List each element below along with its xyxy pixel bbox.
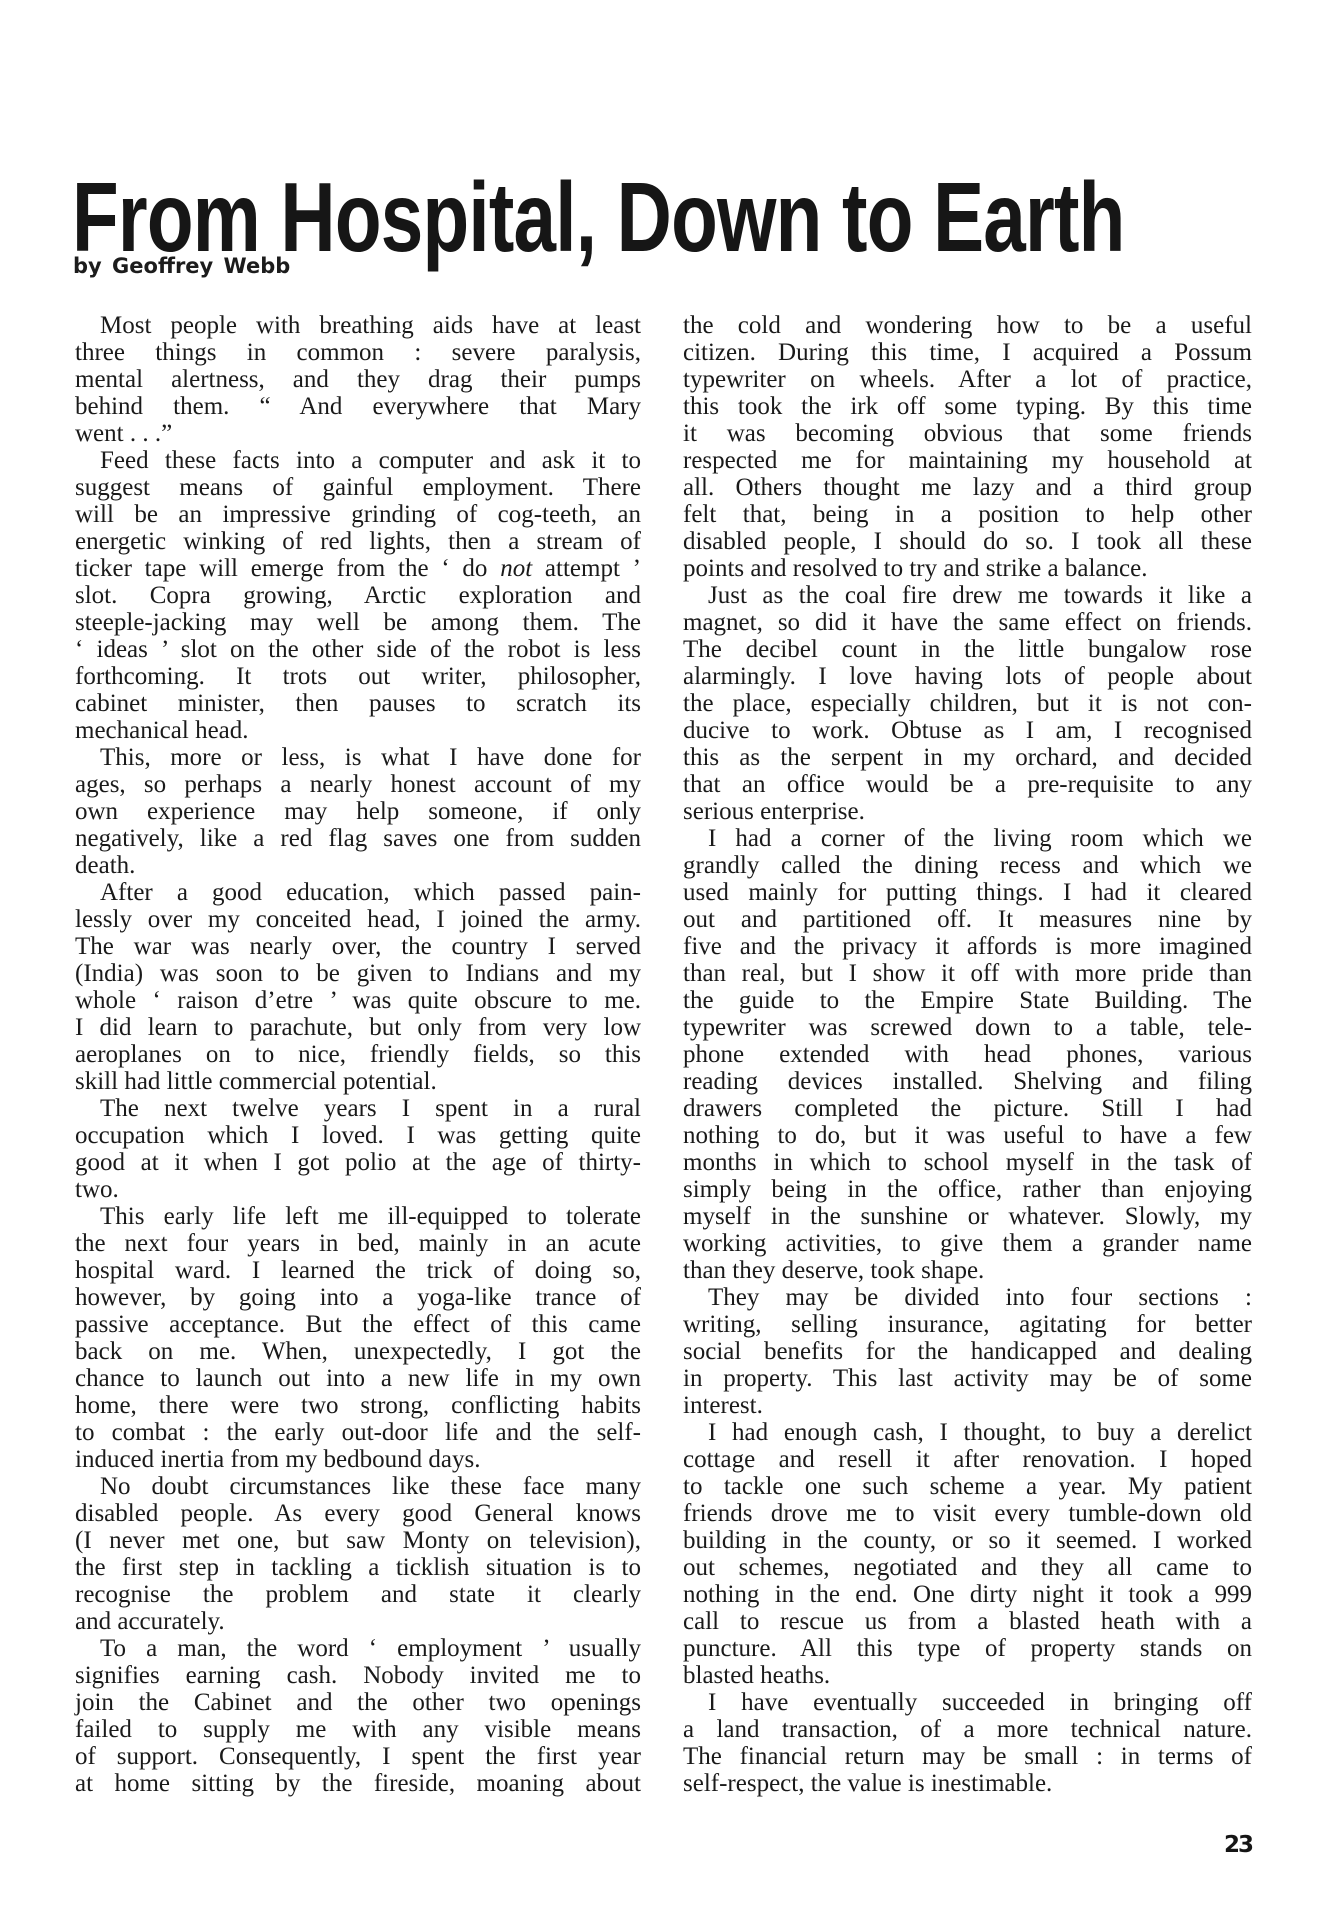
text-line: writing, selling insurance, agitating fo… [683, 1311, 1252, 1338]
text-line: than real, but I show it off with more p… [683, 960, 1252, 987]
text-line: used mainly for putting things. I had it… [683, 879, 1252, 906]
text-line: disabled people, I should do so. I took … [683, 528, 1252, 555]
text-line: out schemes, negotiated and they all cam… [683, 1554, 1252, 1581]
paragraph-first-line: They may be divided into four sections : [683, 1284, 1252, 1311]
text-line: home, there were two strong, conflicting… [75, 1392, 641, 1419]
text-line: join the Cabinet and the other two openi… [75, 1689, 641, 1716]
text-line: went . . .” [75, 420, 641, 447]
article-column-right: the cold and wondering how to be a usefu… [683, 312, 1252, 1797]
text-line: failed to supply me with any visible mea… [75, 1716, 641, 1743]
paragraph-first-line: No doubt circumstances like these face m… [75, 1473, 641, 1500]
text-line: back on me. When, unexpectedly, I got th… [75, 1338, 641, 1365]
text-line: felt that, being in a position to help o… [683, 501, 1252, 528]
paragraph-first-line: This, more or less, is what I have done … [75, 744, 641, 771]
text-line: alarmingly. I love having lots of people… [683, 663, 1252, 690]
text-line: months in which to school myself in the … [683, 1149, 1252, 1176]
text-line: social benefits for the handicapped and … [683, 1338, 1252, 1365]
text-line: working activities, to give them a grand… [683, 1230, 1252, 1257]
text-line: suggest means of gainful employment. The… [75, 474, 641, 501]
text-line: the cold and wondering how to be a usefu… [683, 312, 1252, 339]
text-line: call to rescue us from a blasted heath w… [683, 1608, 1252, 1635]
text-line: typewriter on wheels. After a lot of pra… [683, 366, 1252, 393]
text-line: simply being in the office, rather than … [683, 1176, 1252, 1203]
text-line: typewriter was screwed down to a table, … [683, 1014, 1252, 1041]
text-line: ducive to work. Obtuse as I am, I recogn… [683, 717, 1252, 744]
paragraph-first-line: Feed these facts into a computer and ask… [75, 447, 641, 474]
text-line: that an office would be a pre-requisite … [683, 771, 1252, 798]
text-line: reading devices installed. Shelving and … [683, 1068, 1252, 1095]
text-line: points and resolved to try and strike a … [683, 555, 1252, 582]
paragraph-first-line: I had enough cash, I thought, to buy a d… [683, 1419, 1252, 1446]
text-line: building in the county, or so it seemed.… [683, 1527, 1252, 1554]
paragraph-first-line: I have eventually succeeded in bringing … [683, 1689, 1252, 1716]
text-line: three things in common : severe paralysi… [75, 339, 641, 366]
text-line: magnet, so did it have the same effect o… [683, 609, 1252, 636]
text-line: hospital ward. I learned the trick of do… [75, 1257, 641, 1284]
paragraph-first-line: This early life left me ill-equipped to … [75, 1203, 641, 1230]
paragraph-first-line: After a good education, which passed pai… [75, 879, 641, 906]
text-line: nothing to do, but it was useful to have… [683, 1122, 1252, 1149]
text-line: the next four years in bed, mainly in an… [75, 1230, 641, 1257]
text-line: behind them. “ And everywhere that Mary [75, 393, 641, 420]
text-line: steeple-jacking may well be among them. … [75, 609, 641, 636]
text-line: however, by going into a yoga-like tranc… [75, 1284, 641, 1311]
text-line: than they deserve, took shape. [683, 1257, 1252, 1284]
text-line: respected me for maintaining my househol… [683, 447, 1252, 474]
text-line: forthcoming. It trots out writer, philos… [75, 663, 641, 690]
text-line: whole ‘ raison d’etre ’ was quite obscur… [75, 987, 641, 1014]
text-line: signifies earning cash. Nobody invited m… [75, 1662, 641, 1689]
text-line: phone extended with head phones, various [683, 1041, 1252, 1068]
text-line: five and the privacy it affords is more … [683, 933, 1252, 960]
text-line: good at it when I got polio at the age o… [75, 1149, 641, 1176]
paragraph-first-line: The next twelve years I spent in a rural [75, 1095, 641, 1122]
text-line: I did learn to parachute, but only from … [75, 1014, 641, 1041]
text-line: myself in the sunshine or whatever. Slow… [683, 1203, 1252, 1230]
text-line: energetic winking of red lights, then a … [75, 528, 641, 555]
text-line: mechanical head. [75, 717, 641, 744]
text-line: skill had little commercial potential. [75, 1068, 641, 1095]
text-line: aeroplanes on to nice, friendly fields, … [75, 1041, 641, 1068]
text-line: nothing in the end. One dirty night it t… [683, 1581, 1252, 1608]
text-line: negatively, like a red flag saves one fr… [75, 825, 641, 852]
text-line: at home sitting by the fireside, moaning… [75, 1770, 641, 1797]
text-line: friends drove me to visit every tumble-d… [683, 1500, 1252, 1527]
text-line: all. Others thought me lazy and a third … [683, 474, 1252, 501]
text-line: (India) was soon to be given to Indians … [75, 960, 641, 987]
text-line: of support. Consequently, I spent the fi… [75, 1743, 641, 1770]
text-line: ages, so perhaps a nearly honest account… [75, 771, 641, 798]
text-line: induced inertia from my bedbound days. [75, 1446, 641, 1473]
page-number: 23 [1224, 1832, 1252, 1858]
text-line: The financial return may be small : in t… [683, 1743, 1252, 1770]
text-line: grandly called the dining recess and whi… [683, 852, 1252, 879]
text-line: self-respect, the value is inestimable. [683, 1770, 1252, 1797]
article-byline: by Geoffrey Webb [73, 252, 290, 280]
text-line: in property. This last activity may be o… [683, 1365, 1252, 1392]
text-line: a land transaction, of a more technical … [683, 1716, 1252, 1743]
text-line: interest. [683, 1392, 1252, 1419]
paragraph-first-line: Most people with breathing aids have at … [75, 312, 641, 339]
text-line: this as the serpent in my orchard, and d… [683, 744, 1252, 771]
text-line: cottage and resell it after renovation. … [683, 1446, 1252, 1473]
text-line: to combat : the early out-door life and … [75, 1419, 641, 1446]
text-line: ‘ ideas ’ slot on the other side of the … [75, 636, 641, 663]
text-line: cabinet minister, then pauses to scratch… [75, 690, 641, 717]
text-line: and accurately. [75, 1608, 641, 1635]
text-line: ticker tape will emerge from the ‘ do no… [75, 555, 641, 582]
text-line: will be an impressive grinding of cog-te… [75, 501, 641, 528]
text-line: death. [75, 852, 641, 879]
paragraph-first-line: Just as the coal fire drew me towards it… [683, 582, 1252, 609]
text-line: serious enterprise. [683, 798, 1252, 825]
text-line: the place, especially children, but it i… [683, 690, 1252, 717]
text-line: mental alertness, and they drag their pu… [75, 366, 641, 393]
text-line: occupation which I loved. I was getting … [75, 1122, 641, 1149]
text-line: citizen. During this time, I acquired a … [683, 339, 1252, 366]
text-line: out and partitioned off. It measures nin… [683, 906, 1252, 933]
text-line: The decibel count in the little bungalow… [683, 636, 1252, 663]
text-line: the guide to the Empire State Building. … [683, 987, 1252, 1014]
text-line: drawers completed the picture. Still I h… [683, 1095, 1252, 1122]
text-line: chance to launch out into a new life in … [75, 1365, 641, 1392]
text-line: disabled people. As every good General k… [75, 1500, 641, 1527]
text-line: recognise the problem and state it clear… [75, 1581, 641, 1608]
paragraph-first-line: I had a corner of the living room which … [683, 825, 1252, 852]
text-line: own experience may help someone, if only [75, 798, 641, 825]
text-line: two. [75, 1176, 641, 1203]
text-line: slot. Copra growing, Arctic exploration … [75, 582, 641, 609]
text-line: puncture. All this type of property stan… [683, 1635, 1252, 1662]
text-line: The war was nearly over, the country I s… [75, 933, 641, 960]
text-line: this took the irk off some typing. By th… [683, 393, 1252, 420]
text-line: to tackle one such scheme a year. My pat… [683, 1473, 1252, 1500]
text-line: blasted heaths. [683, 1662, 1252, 1689]
text-line: (I never met one, but saw Monty on telev… [75, 1527, 641, 1554]
article-column-left: Most people with breathing aids have at … [75, 312, 641, 1797]
text-line: it was becoming obvious that some friend… [683, 420, 1252, 447]
paragraph-first-line: To a man, the word ‘ employment ’ usuall… [75, 1635, 641, 1662]
text-line: passive acceptance. But the effect of th… [75, 1311, 641, 1338]
text-line: lessly over my conceited head, I joined … [75, 906, 641, 933]
text-line: the first step in tackling a ticklish si… [75, 1554, 641, 1581]
italic-emphasis: not [500, 555, 532, 582]
